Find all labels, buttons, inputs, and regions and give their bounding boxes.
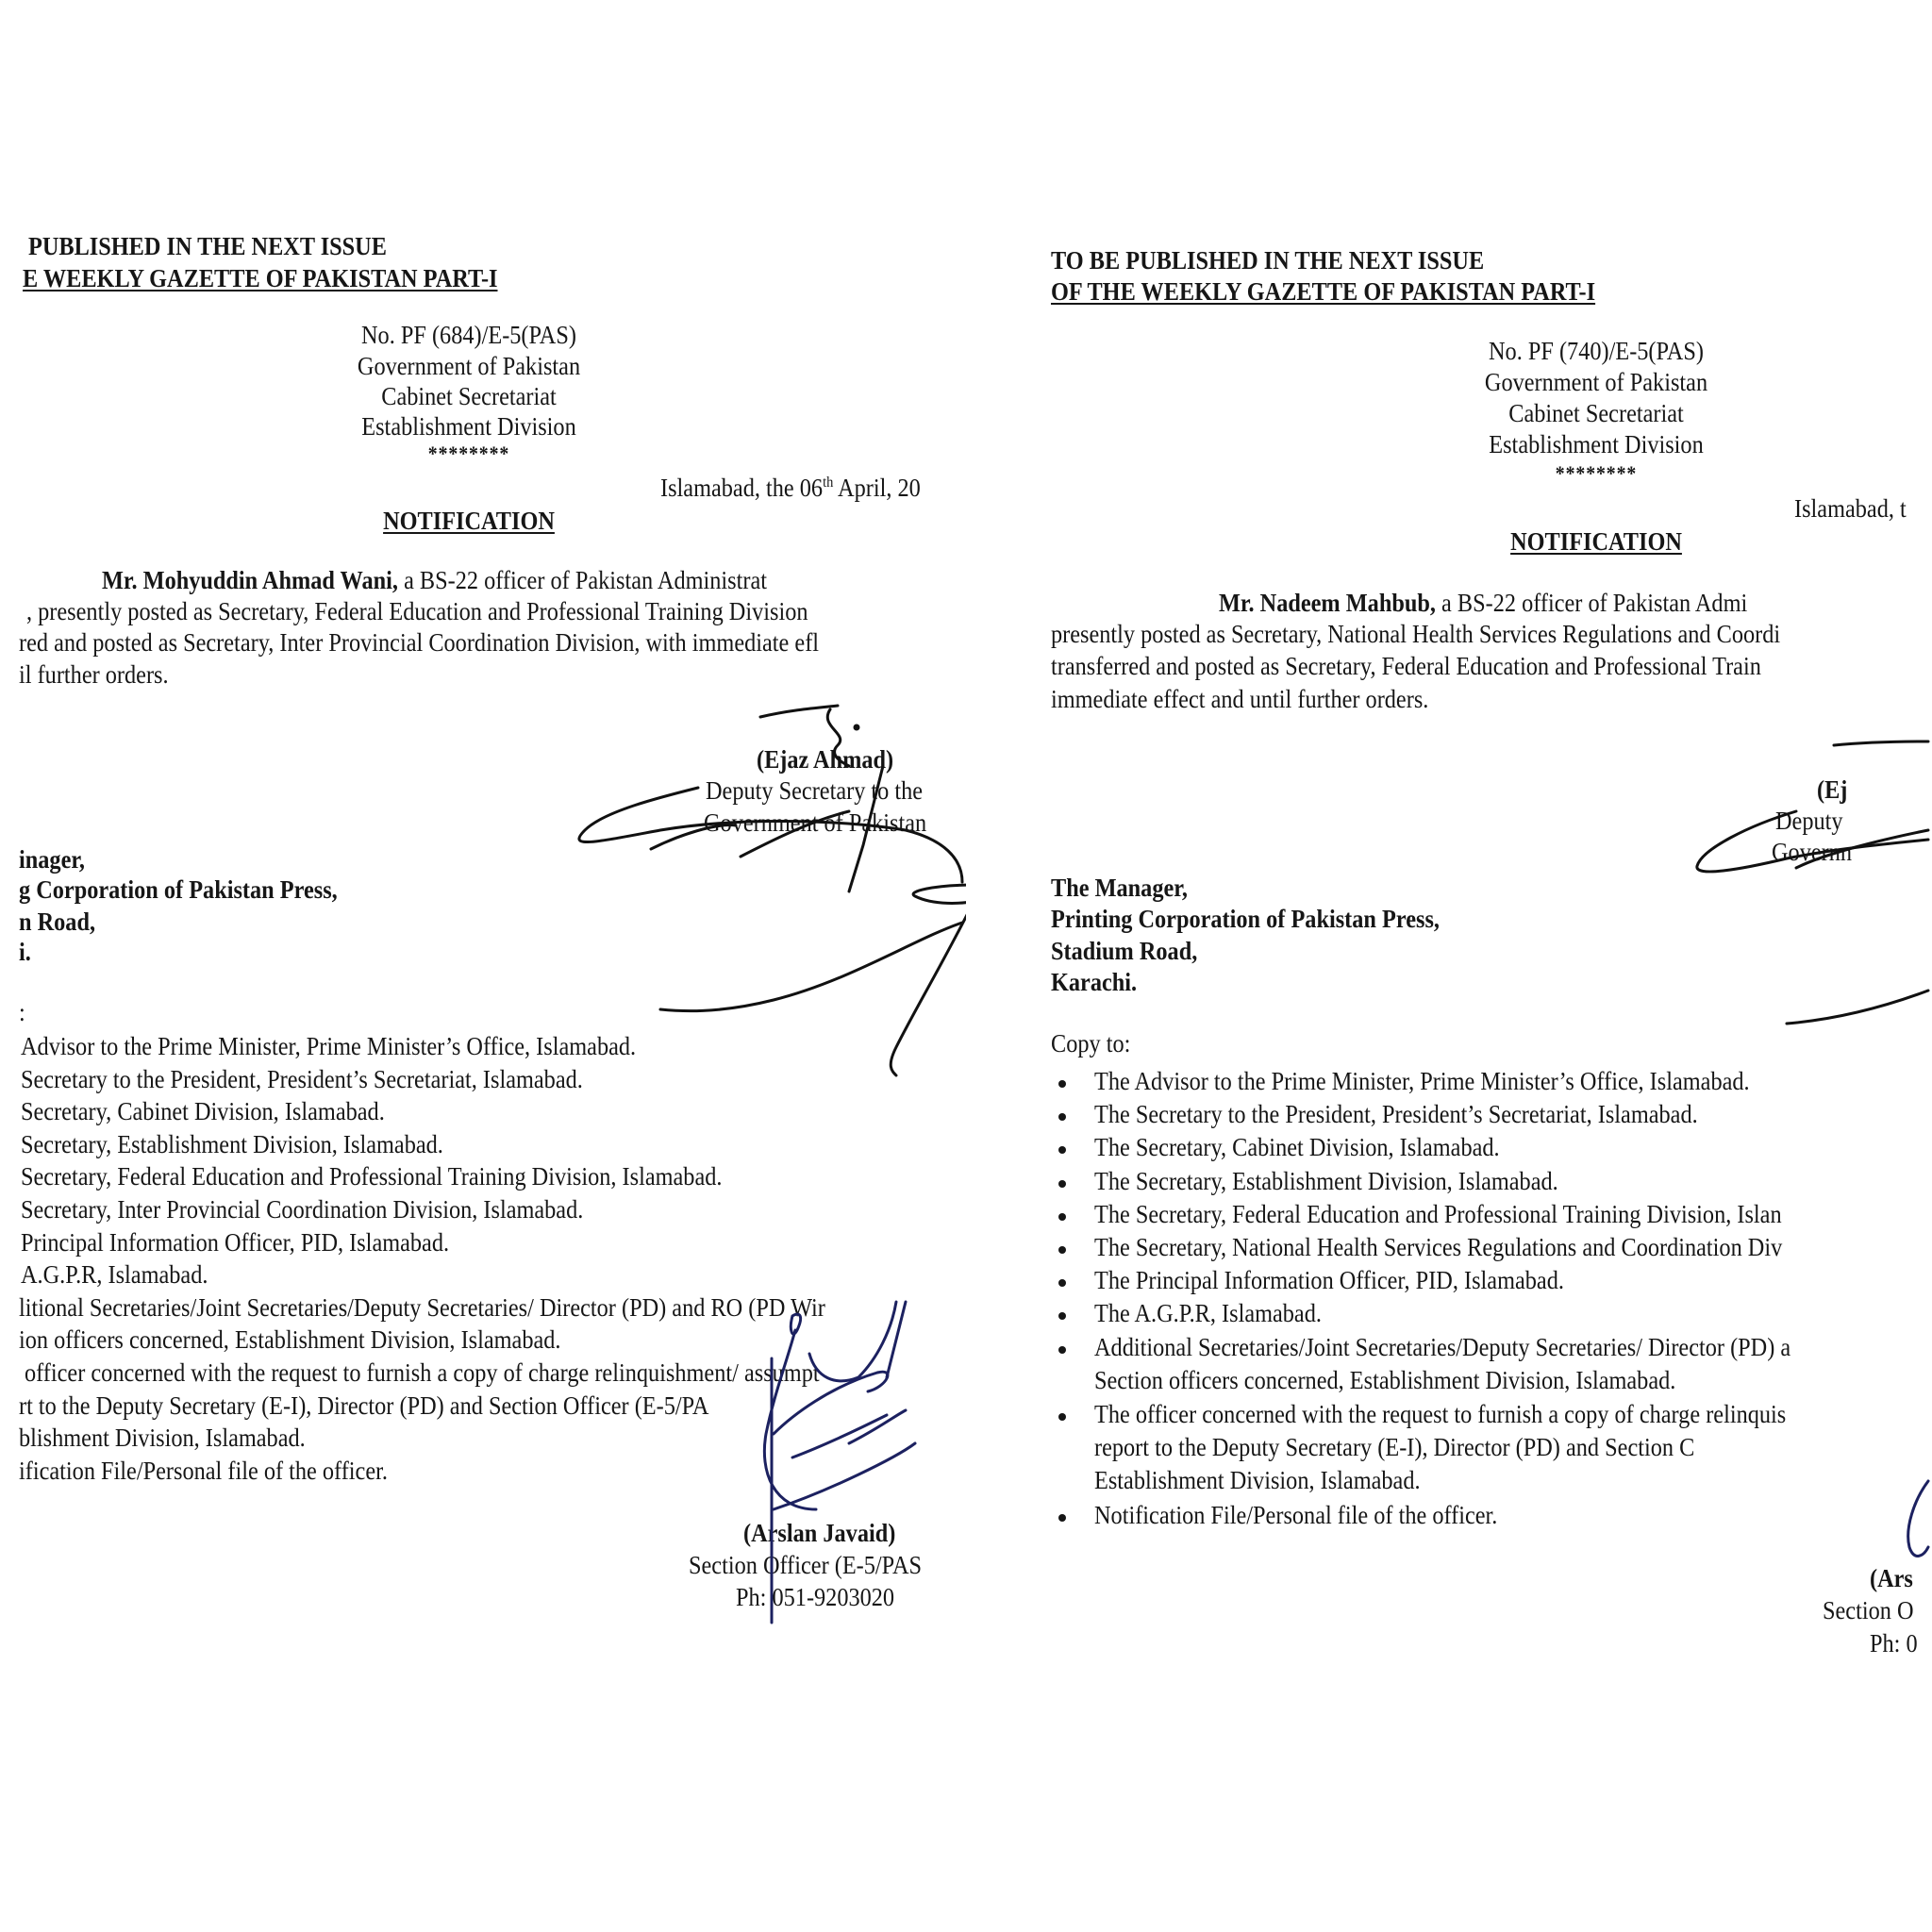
bullet-icon — [1058, 1080, 1066, 1088]
copy-to-item: Secretary, Inter Provincial Coordination… — [21, 1195, 583, 1224]
copy-to-item: The Secretary, Cabinet Division, Islamab… — [1094, 1133, 1500, 1161]
bullet-icon — [1058, 1213, 1066, 1221]
copy-to-item: The Secretary, National Health Services … — [1094, 1233, 1782, 1261]
address-line-2: Printing Corporation of Pakistan Press, — [1051, 905, 1440, 933]
copy-to-label: : — [19, 998, 25, 1026]
bullet-icon — [1058, 1413, 1066, 1421]
copy-to-item: officer concerned with the request to fu… — [25, 1358, 820, 1387]
signatory2-phone: Ph: 0 — [1870, 1629, 1918, 1657]
officer-name: Mr. Nadeem Mahbub, — [1219, 589, 1436, 617]
gazette-header-line2: E WEEKLY GAZETTE OF PAKISTAN PART-I — [23, 264, 497, 292]
signatory2-name: (Arslan Javaid) — [743, 1519, 895, 1547]
signatory2-designation: Section O — [1823, 1596, 1914, 1624]
body-line-2: presently posted as Secretary, National … — [1051, 620, 1780, 648]
body-line-1: Mr. Mohyuddin Ahmad Wani, a BS-22 office… — [102, 566, 767, 594]
notification-title: NOTIFICATION — [299, 507, 639, 535]
signatory2-designation: Section Officer (E-5/PAS — [689, 1551, 922, 1579]
signatory1-designation-2: Government of Pakistan — [704, 808, 926, 837]
gazette-header-line2: OF THE WEEKLY GAZETTE OF PAKISTAN PART-I — [1051, 277, 1595, 306]
org-line-cabinet: Cabinet Secretariat — [299, 382, 639, 410]
right-notification-document: TO BE PUBLISHED IN THE NEXT ISSUE OF THE… — [972, 0, 1932, 1932]
reference-number: No. PF (740)/E-5(PAS) — [1426, 337, 1766, 365]
bullet-icon — [1058, 1312, 1066, 1320]
bullet-icon — [1058, 1279, 1066, 1287]
address-line-1: inager, — [19, 845, 85, 874]
copy-to-item: Secretary, Cabinet Division, Islamabad. — [21, 1097, 385, 1125]
signatory1-designation-1: Deputy — [1775, 807, 1843, 835]
body-line-1-rest: a BS-22 officer of Pakistan Admi — [1436, 589, 1747, 617]
copy-to-item: A.G.P.R, Islamabad. — [21, 1260, 208, 1289]
copy-to-item: blishment Division, Islamabad. — [19, 1424, 306, 1452]
org-line-division: Establishment Division — [1426, 430, 1766, 458]
bullet-icon — [1058, 1146, 1066, 1154]
signatory1-designation-2: Governn — [1772, 838, 1852, 866]
copy-to-item: Advisor to the Prime Minister, Prime Min… — [21, 1032, 636, 1060]
body-line-1: Mr. Nadeem Mahbub, a BS-22 officer of Pa… — [1219, 589, 1747, 617]
copy-to-item: Secretary, Establishment Division, Islam… — [21, 1130, 443, 1158]
body-line-2: , presently posted as Secretary, Federal… — [26, 597, 808, 625]
copy-to-item: report to the Deputy Secretary (E-I), Di… — [1094, 1433, 1694, 1461]
copy-to-item: Secretary, Federal Education and Profess… — [21, 1162, 722, 1191]
gazette-header-line1: TO BE PUBLISHED IN THE NEXT ISSUE — [1051, 246, 1484, 275]
org-line-cabinet: Cabinet Secretariat — [1426, 399, 1766, 427]
copy-to-item: Secretary to the President, President’s … — [21, 1065, 583, 1093]
address-line-1: The Manager, — [1051, 874, 1188, 902]
notification-title: NOTIFICATION — [1426, 527, 1766, 556]
address-line-4: Karachi. — [1051, 968, 1137, 996]
reference-number: No. PF (684)/E-5(PAS) — [299, 321, 639, 349]
org-line-government: Government of Pakistan — [1426, 368, 1766, 396]
left-notification-document: PUBLISHED IN THE NEXT ISSUE E WEEKLY GAZ… — [0, 0, 966, 1932]
signatory1-name: (Ejaz Ahmad) — [757, 745, 893, 774]
copy-to-item: The Secretary to the President, Presiden… — [1094, 1100, 1698, 1128]
copy-to-item: Principal Information Officer, PID, Isla… — [21, 1228, 449, 1257]
body-line-1-rest: a BS-22 officer of Pakistan Administrat — [398, 566, 767, 594]
body-line-4: il further orders. — [19, 660, 169, 689]
address-line-3: n Road, — [19, 908, 95, 936]
date-prefix: Islamabad, the 06 — [660, 474, 823, 502]
copy-to-item: The Principal Information Officer, PID, … — [1094, 1266, 1564, 1294]
bullet-icon — [1058, 1113, 1066, 1121]
copy-to-item: rt to the Deputy Secretary (E-I), Direct… — [19, 1391, 708, 1420]
address-line-4: i. — [19, 938, 31, 966]
date-ordinal: th — [823, 475, 833, 491]
date-line: Islamabad, t — [1794, 494, 1907, 523]
signatory2-name: (Ars — [1870, 1564, 1913, 1592]
copy-to-item: The Secretary, Federal Education and Pro… — [1094, 1200, 1782, 1228]
signatory1-designation-1: Deputy Secretary to the — [706, 776, 923, 805]
bullet-icon — [1058, 1346, 1066, 1354]
address-line-3: Stadium Road, — [1051, 937, 1197, 965]
copy-to-item: Additional Secretaries/Joint Secretaries… — [1094, 1333, 1790, 1361]
copy-to-item: Section officers concerned, Establishmen… — [1094, 1366, 1675, 1394]
bullet-icon — [1058, 1180, 1066, 1188]
body-line-3: transferred and posted as Secretary, Fed… — [1051, 652, 1761, 680]
signatory1-name: (Ej — [1817, 775, 1847, 804]
copy-to-item: The Secretary, Establishment Division, I… — [1094, 1167, 1558, 1195]
bullet-icon — [1058, 1514, 1066, 1522]
org-line-government: Government of Pakistan — [299, 352, 639, 380]
officer-name: Mr. Mohyuddin Ahmad Wani, — [102, 566, 398, 594]
copy-to-item: The A.G.P.R, Islamabad. — [1094, 1299, 1322, 1327]
bullet-icon — [1058, 1246, 1066, 1254]
separator-stars: ******** — [1426, 459, 1766, 488]
copy-to-item: Notification File/Personal file of the o… — [1094, 1501, 1497, 1529]
date-line: Islamabad, the 06th April, 20 — [660, 474, 921, 502]
copy-to-item: ion officers concerned, Establishment Di… — [19, 1325, 561, 1354]
copy-to-item: Establishment Division, Islamabad. — [1094, 1466, 1421, 1494]
date-suffix: April, 20 — [833, 474, 920, 502]
separator-stars: ******** — [299, 440, 639, 468]
copy-to-label: Copy to: — [1051, 1029, 1130, 1058]
copy-to-item: The officer concerned with the request t… — [1094, 1400, 1786, 1428]
signatory2-phone: Ph: 051-9203020 — [736, 1583, 894, 1611]
gazette-header-line1: PUBLISHED IN THE NEXT ISSUE — [28, 232, 387, 260]
address-line-2: g Corporation of Pakistan Press, — [19, 875, 338, 904]
copy-to-item: litional Secretaries/Joint Secretaries/D… — [19, 1293, 825, 1322]
copy-to-item: The Advisor to the Prime Minister, Prime… — [1094, 1067, 1750, 1095]
copy-to-item: ification File/Personal file of the offi… — [19, 1457, 388, 1485]
org-line-division: Establishment Division — [299, 412, 639, 441]
body-line-3: red and posted as Secretary, Inter Provi… — [19, 628, 819, 657]
body-line-4: immediate effect and until further order… — [1051, 685, 1428, 713]
